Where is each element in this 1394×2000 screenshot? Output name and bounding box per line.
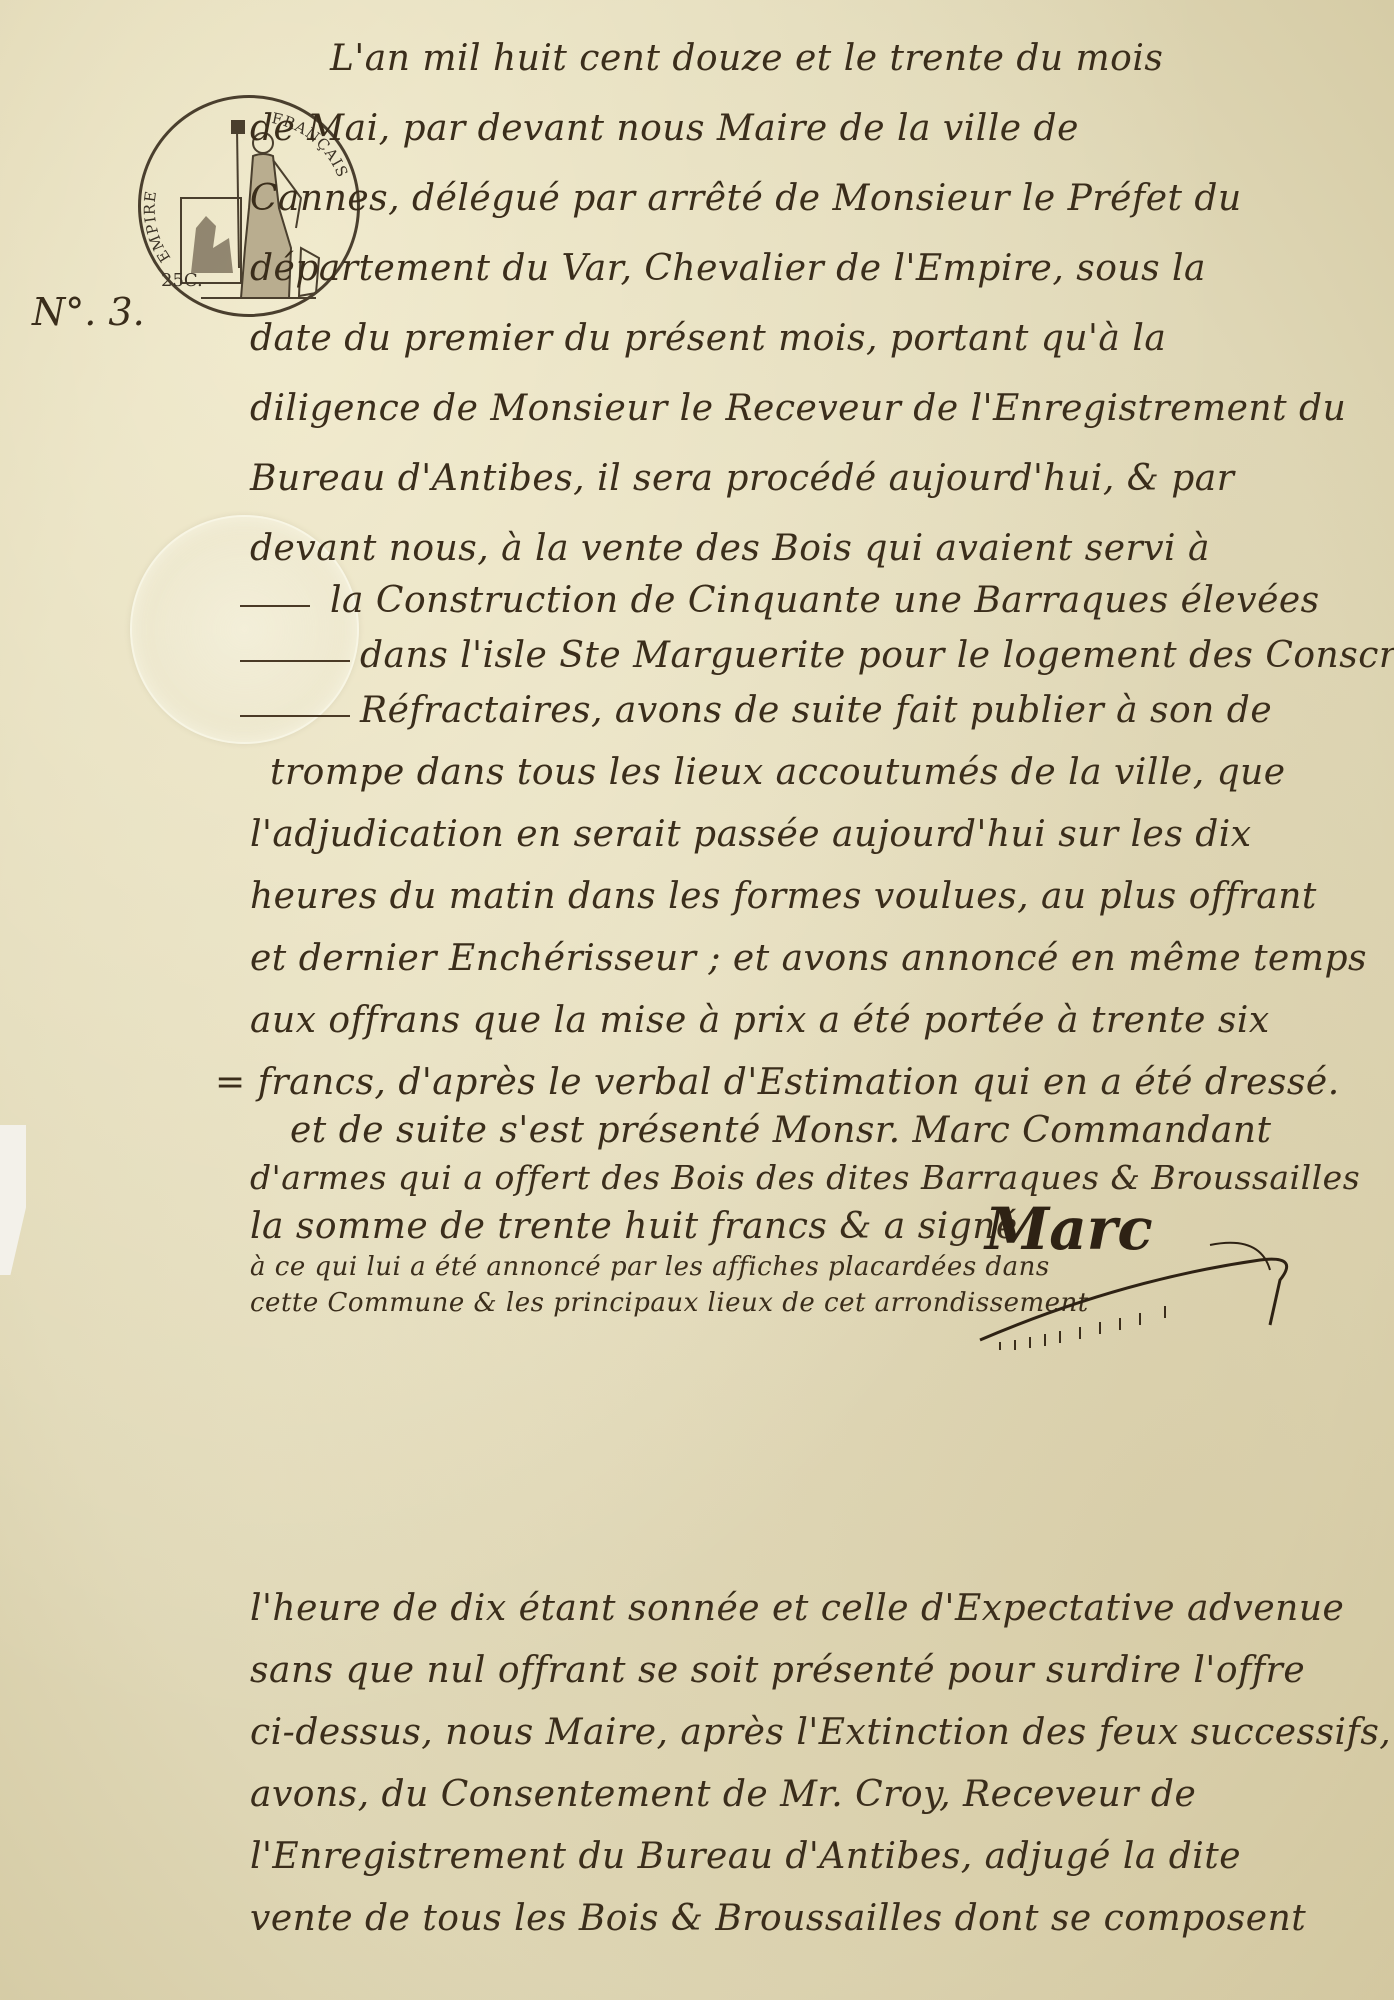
stamp-text-left: EMPIRE xyxy=(141,189,174,266)
text-line: d'armes qui a offert des Bois des dites … xyxy=(250,1158,1360,1197)
text-line: Bureau d'Antibes, il sera procédé aujour… xyxy=(250,458,1234,499)
text-line: diligence de Monsieur le Receveur de l'E… xyxy=(250,388,1346,429)
text-line: vente de tous les Bois & Broussailles do… xyxy=(250,1898,1306,1939)
text-line: dans l'isle Ste Marguerite pour le logem… xyxy=(360,635,1394,676)
text-line: la somme de trente huit francs & a signé xyxy=(250,1206,1018,1247)
text-line: l'Enregistrement du Bureau d'Antibes, ad… xyxy=(250,1836,1241,1877)
text-line: L'an mil huit cent douze et le trente du… xyxy=(330,38,1163,79)
text-line: sans que nul offrant se soit présenté po… xyxy=(250,1650,1305,1691)
text-line: la Construction de Cinquante une Barraqu… xyxy=(330,580,1320,621)
text-line: aux offrans que la mise à prix a été por… xyxy=(250,1000,1270,1041)
text-line: et dernier Enchérisseur ; et avons annon… xyxy=(250,938,1367,979)
text-line: l'heure de dix étant sonnée et celle d'E… xyxy=(250,1588,1344,1629)
text-line: avons, du Consentement de Mr. Croy, Rece… xyxy=(250,1774,1196,1815)
text-line: heures du matin dans les formes voulues,… xyxy=(250,876,1317,917)
signature-flourish-icon xyxy=(970,1240,1330,1350)
stamp-value: 25C. xyxy=(161,270,203,291)
text-line: date du premier du présent mois, portant… xyxy=(250,318,1166,359)
text-line: département du Var, Chevalier de l'Empir… xyxy=(250,248,1206,289)
text-line: = francs, d'après le verbal d'Estimation… xyxy=(215,1062,1340,1103)
margin-dash xyxy=(240,605,310,607)
text-line: ci-dessus, nous Maire, après l'Extinctio… xyxy=(250,1712,1391,1753)
text-line: l'adjudication en serait passée aujourd'… xyxy=(250,814,1252,855)
text-line: et de suite s'est présenté Monsr. Marc C… xyxy=(290,1110,1271,1151)
text-line: de Mai, par devant nous Maire de la vill… xyxy=(250,108,1079,149)
text-line: cette Commune & les principaux lieux de … xyxy=(250,1288,1089,1318)
text-line: Cannes, délégué par arrêté de Monsieur l… xyxy=(250,178,1242,219)
document-number: N°. 3. xyxy=(32,290,145,334)
text-line: Réfractaires, avons de suite fait publie… xyxy=(360,690,1272,731)
text-line: trompe dans tous les lieux accoutumés de… xyxy=(270,752,1286,793)
text-line: devant nous, à la vente des Bois qui ava… xyxy=(250,528,1210,569)
svg-text:EMPIRE: EMPIRE xyxy=(141,189,174,266)
margin-dash xyxy=(240,715,350,717)
text-line: à ce qui lui a été annoncé par les affic… xyxy=(250,1252,1050,1282)
margin-dash xyxy=(240,660,350,662)
